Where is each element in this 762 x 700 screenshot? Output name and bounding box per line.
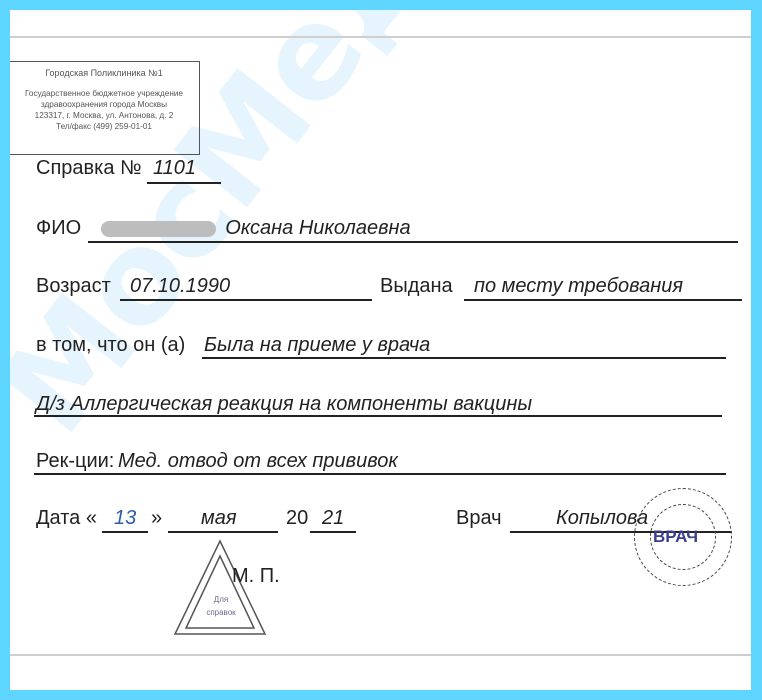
clinic-line: 123317, г. Москва, ул. Антонова, д. 2 xyxy=(10,110,199,121)
clinic-line: здравоохранения города Москвы xyxy=(10,99,199,110)
triangle-stamp-line: Для xyxy=(200,593,242,606)
clinic-line: Государственное бюджетное учреждение xyxy=(10,88,199,99)
diagnosis: Д/з Аллергическая реакция на компоненты … xyxy=(36,393,532,416)
certificate-number: 1101 xyxy=(153,157,196,179)
certificate-number-row: Справка № 1101 xyxy=(36,157,196,180)
underline xyxy=(310,531,356,533)
underline xyxy=(34,473,726,475)
seal-label: М. П. xyxy=(232,565,280,588)
doctor-label: Врач xyxy=(456,507,502,530)
clinic-stamp: Городская Поликлиника №1 Государственное… xyxy=(10,61,200,155)
redacted-surname xyxy=(101,221,216,237)
date-month: мая xyxy=(201,507,237,530)
issued-value: по месту требования xyxy=(474,275,683,298)
issued-label: Выдана xyxy=(380,275,453,298)
underline xyxy=(34,415,722,417)
top-divider xyxy=(10,36,751,38)
underline xyxy=(464,299,742,301)
bottom-divider xyxy=(10,654,751,656)
triangle-stamp-line: справок xyxy=(200,606,242,619)
underline xyxy=(147,182,221,184)
date-close-quote: » xyxy=(151,507,162,530)
round-stamp-text: ВРАЧ xyxy=(653,527,698,547)
fio-value: Оксана Николаевна xyxy=(225,217,410,239)
underline xyxy=(202,357,726,359)
underline xyxy=(88,241,738,243)
underline xyxy=(120,299,372,301)
triangle-stamp-text: Для справок xyxy=(200,593,242,619)
certificate-number-label: Справка № xyxy=(36,157,141,179)
age-label: Возраст xyxy=(36,275,111,298)
triangle-stamp-icon xyxy=(172,538,268,638)
underline xyxy=(102,531,148,533)
date-year: 21 xyxy=(322,507,344,530)
date-label: Дата « xyxy=(36,507,97,530)
clinic-name: Городская Поликлиника №1 xyxy=(10,68,199,79)
that-value: Была на приеме у врача xyxy=(204,334,430,357)
date-year-prefix: 20 xyxy=(286,507,308,530)
recommendations-label: Рек-ции: xyxy=(36,450,114,473)
fio-label: ФИО xyxy=(36,217,81,239)
certificate-page: MocMeд.com Городская Поликлиника №1 Госу… xyxy=(10,10,751,690)
age-value: 07.10.1990 xyxy=(130,275,230,298)
recommendations-value: Мед. отвод от всех прививок xyxy=(118,450,398,473)
clinic-line: Тел/факс (499) 259-01-01 xyxy=(10,121,199,132)
date-day: 13 xyxy=(114,507,136,530)
that-label: в том, что он (а) xyxy=(36,334,185,357)
underline xyxy=(168,531,278,533)
fio-row: ФИО Оксана Николаевна xyxy=(36,217,411,240)
